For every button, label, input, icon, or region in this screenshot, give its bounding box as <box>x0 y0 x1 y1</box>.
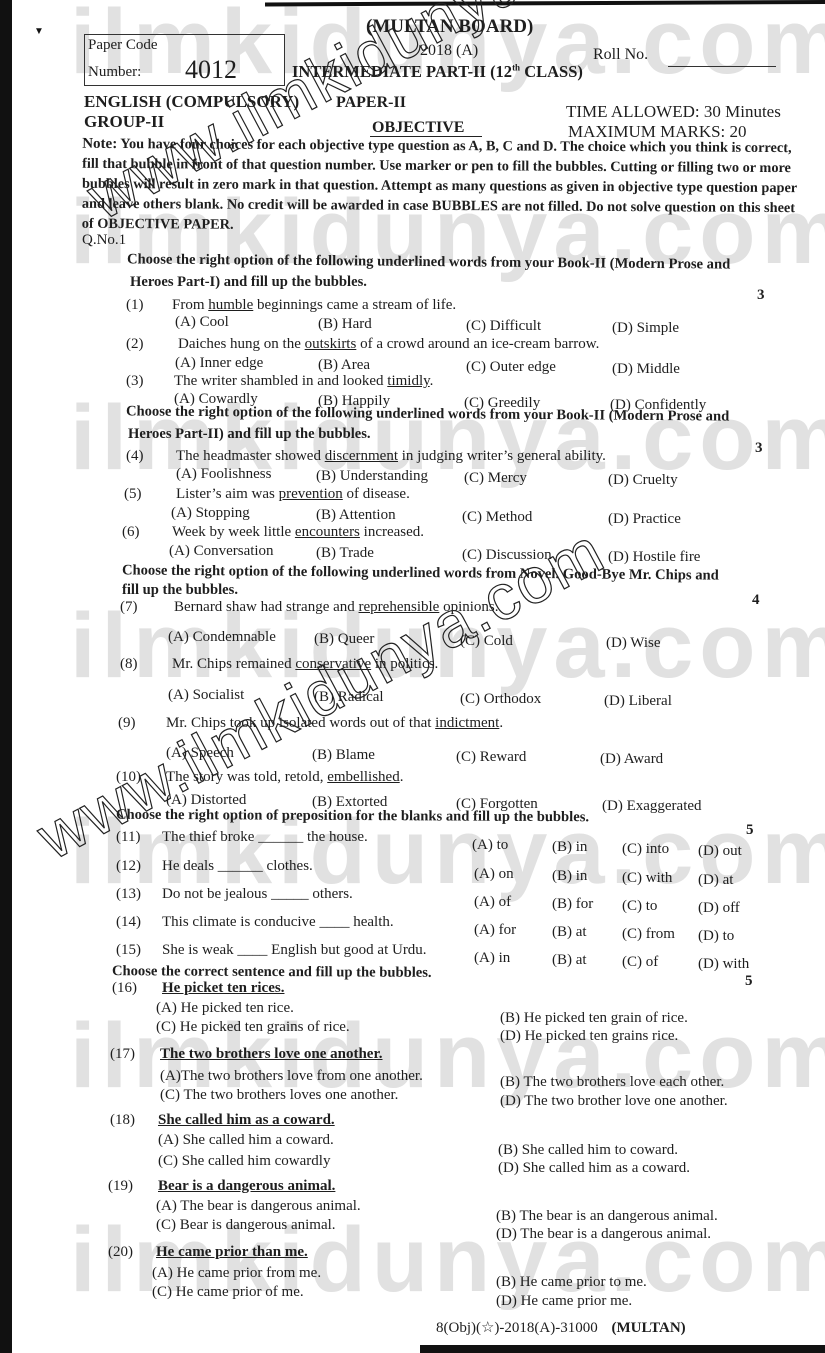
paper-code-value: 4012 <box>185 55 237 85</box>
stem-text: From <box>172 297 208 313</box>
stem-text: He came prior than me. <box>156 1244 308 1260</box>
answer-option[interactable]: (C) Reward <box>456 749 526 766</box>
answer-option[interactable]: (C) Orthodox <box>460 691 541 708</box>
stem-text: This climate is conducive ____ health. <box>162 914 394 930</box>
answer-option[interactable]: (B) Trade <box>316 545 374 562</box>
answer-option[interactable]: (C) with <box>622 870 672 887</box>
answer-option[interactable]: (C) The two brothers loves one another. <box>160 1087 398 1104</box>
section-marks: 4 <box>752 592 760 609</box>
question-number-label: (6) <box>122 524 140 541</box>
answer-option[interactable]: (C) Method <box>462 509 532 526</box>
answer-option[interactable]: (B) for <box>552 896 593 913</box>
time-allowed: TIME ALLOWED: 30 Minutes <box>566 102 781 122</box>
answer-option[interactable]: (B) Attention <box>316 507 396 524</box>
stem-text: Mr. Chips remained <box>172 656 295 672</box>
stem-text: of a crowd around an ice-cream barrow. <box>356 336 599 352</box>
level-end: CLASS) <box>520 62 583 81</box>
underlined-word: humble <box>208 297 253 313</box>
answer-option[interactable]: (D) Middle <box>612 361 680 378</box>
roll-no-field[interactable] <box>668 66 776 67</box>
stem-text: The headmaster showed <box>176 448 325 464</box>
question-number-label: (5) <box>124 486 142 503</box>
footer-code: 8(Obj)(☆)-2018(A)-31000 (MULTAN) <box>436 1318 686 1337</box>
stem-text: beginnings came a stream of life. <box>253 297 456 313</box>
answer-option[interactable]: (D) Cruelty <box>608 472 678 489</box>
answer-option[interactable]: (A) Stopping <box>171 505 250 522</box>
scan-edge-left <box>0 0 12 1353</box>
question-stem: The headmaster showed discernment in jud… <box>176 448 606 465</box>
section-instruction: Heroes Part-I) and fill up the bubbles. <box>130 274 367 291</box>
answer-option[interactable]: (A) for <box>474 922 516 939</box>
question-number-label: (16) <box>112 980 137 997</box>
answer-option[interactable]: (C) of <box>622 954 658 971</box>
underlined-word: outskirts <box>305 336 357 352</box>
answer-option[interactable]: (D) at <box>698 872 733 889</box>
question-stem: Week by week little encounters increased… <box>172 524 424 541</box>
answer-option[interactable]: (D) He picked ten grains rice. <box>500 1028 678 1045</box>
underlined-word: indictment <box>435 715 499 731</box>
stem-text: . <box>430 373 434 389</box>
stem-text: He deals ______ clothes. <box>162 858 313 874</box>
question-stem: The writer shambled in and looked timidl… <box>174 373 433 390</box>
answer-option[interactable]: (A) in <box>474 950 510 967</box>
section-instruction: fill up the bubbles. <box>122 582 238 599</box>
stem-text: of disease. <box>343 486 410 502</box>
answer-option[interactable]: (A) He came prior from me. <box>152 1265 321 1282</box>
answer-option[interactable]: (D) out <box>698 843 742 860</box>
answer-option[interactable]: (B) Hard <box>318 316 372 333</box>
answer-option[interactable]: (B) Area <box>318 357 370 374</box>
question-stem: He deals ______ clothes. <box>162 858 313 875</box>
underlined-word: encounters <box>295 524 360 540</box>
question-number-label: (20) <box>108 1244 133 1261</box>
answer-option[interactable]: (C) He picked ten grains of rice. <box>156 1019 350 1036</box>
section-instruction: Choose the correct sentence and fill up … <box>112 963 432 982</box>
stem-text: Bear is a dangerous animal. <box>158 1178 335 1194</box>
section-marks: 3 <box>755 440 763 457</box>
answer-option[interactable]: (A) Inner edge <box>175 355 263 372</box>
question-number-label: (7) <box>120 599 138 616</box>
answer-option[interactable]: (D) Liberal <box>604 693 672 710</box>
answer-option[interactable]: (A) Condemnable <box>168 629 276 646</box>
underlined-word: embellished <box>327 769 399 785</box>
stem-text: . <box>499 715 503 731</box>
answer-option[interactable]: (D) with <box>698 956 749 973</box>
stem-text: Week by week little <box>172 524 295 540</box>
stem-text: The thief broke ______ the house. <box>162 829 368 845</box>
answer-option[interactable]: (B) The bear is an dangerous animal. <box>496 1208 718 1225</box>
answer-option[interactable]: (B) She called him to coward. <box>498 1142 678 1159</box>
stem-text: He picket ten rices. <box>162 980 284 996</box>
question-stem: She is weak ____ English but good at Urd… <box>162 942 427 959</box>
underlined-word: prevention <box>279 486 343 502</box>
answer-option[interactable]: (C) Difficult <box>466 318 541 335</box>
scan-edge-bottom <box>420 1345 825 1353</box>
question-stem: He came prior than me. <box>156 1244 308 1261</box>
question-stem: The two brothers love one another. <box>160 1046 383 1063</box>
answer-option[interactable]: (C) into <box>622 841 669 858</box>
question-stem: This climate is conducive ____ health. <box>162 914 394 931</box>
question-stem: He picket ten rices. <box>162 980 284 997</box>
question-number: Q.No.1 <box>82 232 126 249</box>
answer-option[interactable]: (C) Bear is dangerous animal. <box>156 1217 336 1234</box>
number-label: Number: <box>88 64 141 81</box>
answer-option[interactable]: (B) He picked ten grain of rice. <box>500 1010 688 1027</box>
question-number-label: (8) <box>120 656 138 673</box>
answer-option[interactable]: (C) Mercy <box>464 470 527 487</box>
scan-marker-icon: ▼ <box>34 26 44 37</box>
answer-option[interactable]: (B) at <box>552 952 587 969</box>
question-stem: From humble beginnings came a stream of … <box>172 297 456 314</box>
question-stem: She called him as a coward. <box>158 1112 335 1129</box>
question-stem: Daiches hung on the outskirts of a crowd… <box>178 336 599 353</box>
section-instruction: Choose the right option of preposition f… <box>116 807 589 826</box>
question-number-label: (12) <box>116 858 141 875</box>
answer-option[interactable]: (A)The two brothers love from one anothe… <box>160 1068 423 1085</box>
answer-option[interactable]: (D) She called him as a coward. <box>498 1160 690 1177</box>
answer-option[interactable]: (D) Award <box>600 751 663 768</box>
answer-option[interactable]: (D) Exaggerated <box>602 798 702 815</box>
question-stem: Lister’s aim was prevention of disease. <box>176 486 410 503</box>
answer-option[interactable]: (D) He came prior me. <box>496 1293 632 1310</box>
answer-option[interactable]: (A) of <box>474 894 511 911</box>
answer-option[interactable]: (A) He picked ten rice. <box>156 1000 294 1017</box>
section-instruction: Heroes Part-II) and fill up the bubbles. <box>128 426 371 443</box>
answer-option[interactable]: (A) The bear is dangerous animal. <box>156 1198 361 1215</box>
question-stem: Bear is a dangerous animal. <box>158 1178 335 1195</box>
stem-text: Lister’s aim was <box>176 486 279 502</box>
underlined-word: timidly <box>387 373 429 389</box>
question-number-label: (15) <box>116 942 141 959</box>
stem-text: The writer shambled in and looked <box>174 373 387 389</box>
question-stem: The thief broke ______ the house. <box>162 829 368 846</box>
answer-option[interactable]: (C) He came prior of me. <box>152 1284 304 1301</box>
stem-text: She is weak ____ English but good at Urd… <box>162 942 427 958</box>
stem-text: Bernard shaw had strange and <box>174 599 359 615</box>
section-marks: 5 <box>745 973 753 990</box>
answer-option[interactable]: (C) She called him cowardly <box>158 1153 330 1170</box>
stem-text: The two brothers love one another. <box>160 1046 383 1062</box>
stem-text: Daiches hung on the <box>178 336 305 352</box>
answer-option[interactable]: (A) She called him a coward. <box>158 1132 334 1149</box>
question-number-label: (13) <box>116 886 141 903</box>
level-sup: th <box>512 63 520 73</box>
stem-text: . <box>400 769 404 785</box>
footer-board: (MULTAN) <box>612 1320 686 1336</box>
answer-option[interactable]: (D) to <box>698 928 734 945</box>
answer-option[interactable]: (A) Cool <box>175 314 229 331</box>
answer-option[interactable]: (C) from <box>622 926 675 943</box>
answer-option[interactable]: (B) in <box>552 839 587 856</box>
question-number-label: (19) <box>108 1178 133 1195</box>
section-marks: 3 <box>757 287 765 304</box>
answer-option[interactable]: (A) Conversation <box>169 543 274 560</box>
question-number-label: (14) <box>116 914 141 931</box>
question-number-label: (9) <box>118 715 136 732</box>
answer-option[interactable]: (B) The two brothers love each other. <box>500 1074 724 1091</box>
answer-option[interactable]: (D) The bear is a dangerous animal. <box>496 1226 711 1243</box>
answer-option[interactable]: (C) Outer edge <box>466 359 556 376</box>
paper-code-label: Paper Code <box>88 37 158 54</box>
answer-option[interactable]: (B) Blame <box>312 747 375 764</box>
question-number-label: (17) <box>110 1046 135 1063</box>
stem-text: in judging writer’s general ability. <box>398 448 606 464</box>
question-number-label: (3) <box>126 373 144 390</box>
answer-option[interactable]: (B) Understanding <box>316 468 428 485</box>
answer-option[interactable]: (A) Foolishness <box>176 466 271 483</box>
answer-option[interactable]: (B) at <box>552 924 587 941</box>
stem-text: increased. <box>360 524 424 540</box>
answer-option[interactable]: (A) to <box>472 837 508 854</box>
question-stem: Do not be jealous _____ others. <box>162 886 353 903</box>
answer-option[interactable]: (D) Practice <box>608 511 681 528</box>
answer-option[interactable]: (D) The two brother love one another. <box>500 1093 728 1110</box>
footer-code-text: 8(Obj)(☆)-2018(A)-31000 <box>436 1320 598 1336</box>
roll-no-label: Roll No. <box>593 46 648 64</box>
answer-option[interactable]: (D) Hostile fire <box>608 549 700 566</box>
stem-text: Do not be jealous _____ others. <box>162 886 353 902</box>
answer-option[interactable]: (D) Wise <box>606 635 661 652</box>
answer-option[interactable]: (D) off <box>698 900 740 917</box>
objective-title: OBJECTIVE <box>372 119 464 137</box>
answer-option[interactable]: (A) on <box>474 866 514 883</box>
question-number-label: (4) <box>126 448 144 465</box>
question-number-label: (18) <box>110 1112 135 1129</box>
answer-option[interactable]: (B) in <box>552 868 587 885</box>
question-number-label: (1) <box>126 297 144 314</box>
answer-option[interactable]: (B) He came prior to me. <box>496 1274 647 1291</box>
underlined-word: discernment <box>325 448 398 464</box>
stem-text: She called him as a coward. <box>158 1112 335 1128</box>
answer-option[interactable]: (C) to <box>622 898 657 915</box>
answer-option[interactable]: (D) Simple <box>612 320 679 337</box>
section-marks: 5 <box>746 822 754 839</box>
question-number-label: (2) <box>126 336 144 353</box>
